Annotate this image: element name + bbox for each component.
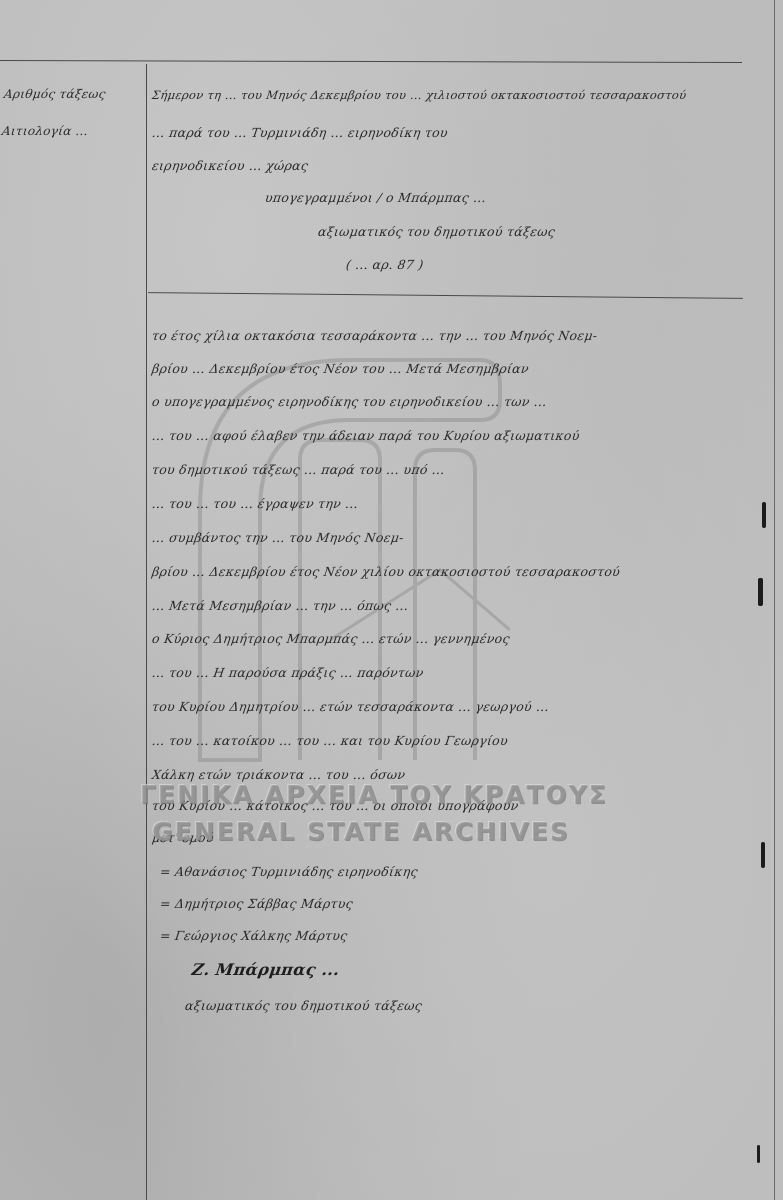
entry-2-line: ... του ... του ... έγραψεν την ... [151, 498, 359, 511]
entry-2-line: ... συμβάντος την ... του Μηνός Νοεμ- [151, 532, 404, 545]
watermark-greek: ΓΕΝΙΚΑ ΑΡΧΕΙΑ ΤΟΥ ΚΡΑΤΟΥΣ [140, 780, 608, 809]
entry-1-line: ... παρά του ... Τυρμινιάδη ... ειρηνοδί… [151, 127, 449, 140]
entry-1-signature-title: αξιωματικός του δημοτικού τάξεως [317, 226, 556, 239]
entry-2-line: ... Μετά Μεσημβρίαν ... την ... όπως ... [151, 600, 409, 613]
binding-mark [757, 1145, 760, 1163]
entry-1-reference: ( ... αρ. 87 ) [345, 259, 424, 272]
watermark-english: GENERAL STATE ARCHIVES [152, 817, 570, 846]
entry-2-line: ο Κύριος Δημήτριος Μπαρμπάς ... ετών ...… [151, 633, 511, 646]
entry-1-line: ειρηνοδικείου ... χώρας [151, 160, 309, 173]
entry-1-line: Σήμερον τη ... του Μηνός Δεκεμβρίου του … [151, 90, 687, 102]
entry-2-line: ... του ... κατοίκου ... του ... και του… [151, 735, 509, 748]
entry-2-line: του δημοτικού τάξεως ... παρά του ... υπ… [151, 464, 446, 477]
binding-mark [761, 842, 765, 868]
margin-note-line: Αριθμός τάξεως [3, 88, 106, 100]
entry-2-line: ... του ... Η παρούσα πράξις ... παρόντω… [151, 667, 424, 680]
entry-2-line: βρίου ... Δεκεμβρίου έτος Νέον χιλίου οκ… [151, 566, 621, 579]
archival-page: Αριθμός τάξεως Αιτιολογία ... Σήμερον τη… [0, 0, 783, 1200]
official-signature: Ζ. Μπάρμπας ... [191, 962, 341, 978]
entry-1-signature-line: υπογεγραμμένοι / ο Μπάρμπας ... [264, 192, 487, 205]
entry-2-line: του Κυρίου Δημητρίου ... ετών τεσσαράκον… [151, 701, 550, 714]
witness-signature: = Αθανάσιος Τυρμινιάδης ειρηνοδίκης [159, 866, 419, 879]
top-header-rule [0, 60, 742, 63]
right-page-edge [774, 0, 775, 1200]
entry-divider-rule [148, 292, 743, 299]
margin-column-divider [146, 64, 147, 1200]
binding-mark [762, 502, 766, 528]
witness-signature: = Δημήτριος Σάββας Μάρτυς [159, 898, 354, 911]
entry-2-line: βρίου ... Δεκεμβρίου έτος Νέον του ... Μ… [151, 363, 530, 376]
binding-mark [758, 578, 763, 606]
official-title: αξιωματικός του δημοτικού τάξεως [184, 1000, 423, 1013]
margin-note-line: Αιτιολογία ... [1, 125, 89, 137]
entry-2-line: ο υπογεγραμμένος ειρηνοδίκης του ειρηνοδ… [151, 396, 548, 409]
entry-2-line: το έτος χίλια οκτακόσια τεσσαράκοντα ...… [151, 330, 598, 343]
witness-signature: = Γεώργιος Χάλκης Μάρτυς [159, 930, 348, 943]
entry-2-line: ... του ... αφού έλαβεν την άδειαν παρά … [151, 430, 580, 443]
